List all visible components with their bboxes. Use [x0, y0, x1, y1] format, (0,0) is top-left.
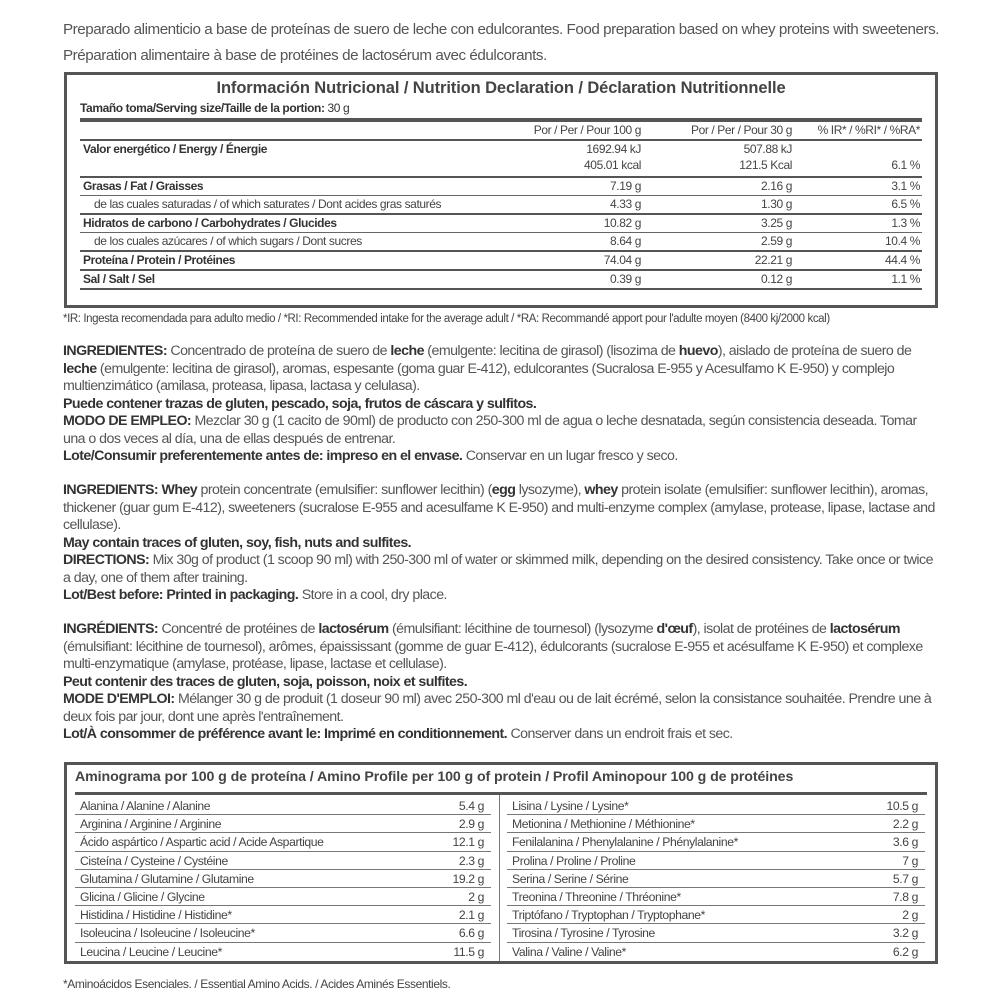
table-row: Alanina / Alanine / Alanine5.4 g: [75, 797, 491, 815]
directions-text: Mezclar 30 g (1 cacito de 90ml) de produ…: [63, 413, 917, 447]
amino-acid-value: 2.1 g: [459, 908, 484, 922]
serving-size-label: Tamaño toma/Serving size/Taille de la po…: [80, 101, 325, 115]
text: Concentrado de proteína de suero de: [167, 343, 390, 359]
amino-acid-name: Histidina / Histidine / Histidine*: [80, 908, 232, 922]
table-row: Cisteína / Cysteine / Cystéine2.3 g: [75, 852, 491, 870]
ingredients-es: INGREDIENTES: Concentrado de proteína de…: [63, 343, 939, 466]
amino-acid-name: Arginina / Arginine / Arginine: [80, 817, 221, 831]
amino-acid-value: 3.6 g: [893, 835, 918, 849]
amino-acid-name: Valina / Valine / Valine*: [512, 945, 626, 959]
amino-acid-name: Glutamina / Glutamine / Glutamine: [80, 872, 254, 886]
amino-acid-value: 3.2 g: [893, 926, 918, 940]
row-per100: 1692.94 kJ: [586, 142, 641, 156]
row-label: Hidratos de carbono / Carbohydrates / Gl…: [83, 216, 337, 230]
storage-text: Store in a cool, dry place.: [298, 587, 447, 603]
amino-acid-value: 5.7 g: [893, 872, 918, 886]
allergen: d'œuf: [657, 621, 693, 637]
divider: [75, 792, 927, 795]
row-per30: 2.16 g: [761, 179, 792, 193]
amino-acid-name: Leucina / Leucine / Leucine*: [80, 945, 222, 959]
amino-acid-value: 7 g: [902, 854, 918, 868]
allergen: leche: [390, 343, 424, 359]
allergen: huevo: [679, 343, 718, 359]
amino-acid-value: 6.2 g: [893, 945, 918, 959]
row-label: Grasas / Fat / Graisses: [83, 179, 203, 193]
table-row: Histidina / Histidine / Histidine*2.1 g: [75, 906, 491, 924]
row-ri: 6.1 %: [891, 158, 920, 172]
amino-acid-value: 2 g: [902, 908, 918, 922]
serving-size: Tamaño toma/Serving size/Taille de la po…: [80, 101, 349, 115]
row-per100: 7.19 g: [610, 179, 641, 193]
divider: [80, 250, 922, 252]
row-per100: 74.04 g: [604, 253, 641, 267]
row-ri: 10.4 %: [885, 234, 920, 248]
amino-acid-name: Isoleucina / Isoleucine / Isoleucine*: [80, 926, 255, 940]
lot-label: Lote/Consumir preferentemente antes de: …: [63, 448, 462, 464]
row-per30: 1.30 g: [761, 197, 792, 211]
amino-acid-value: 2.2 g: [893, 817, 918, 831]
row-label: de los cuales azúcares / of which sugars…: [94, 234, 362, 248]
table-row: Valina / Valine / Valine*6.2 g: [507, 943, 925, 961]
ingredients-fr: INGRÉDIENTS: Concentré de protéines de l…: [63, 621, 939, 744]
ingredients-label: INGREDIENTS:: [63, 482, 158, 498]
column-divider: [499, 795, 500, 961]
amino-acid-name: Prolina / Proline / Proline: [512, 854, 635, 868]
amino-acid-value: 6.6 g: [459, 926, 484, 940]
ri-footnote: *IR: Ingesta recomendada para adulto med…: [63, 313, 830, 325]
header-ri: % IR* / %RI* / %RA*: [818, 123, 920, 137]
text: (émulsifiant: lécithine de tournesol) (l…: [389, 621, 657, 637]
allergen: egg: [492, 482, 516, 498]
ingredients-label: INGREDIENTES:: [63, 343, 167, 359]
header-per-30g: Por / Per / Pour 30 g: [691, 123, 792, 137]
amino-acid-value: 10.5 g: [887, 799, 919, 813]
row-per100: 0.39 g: [610, 272, 641, 286]
allergen: lactosérum: [318, 621, 388, 637]
row-per100: 10.82 g: [604, 216, 641, 230]
row-per30: 507.88 kJ: [744, 142, 792, 156]
table-row: Prolina / Proline / Proline7 g: [507, 852, 925, 870]
product-description: Preparado alimenticio a base de proteína…: [63, 17, 943, 69]
table-row: Tirosina / Tyrosine / Tyrosine3.2 g: [507, 924, 925, 942]
divider: [80, 232, 922, 233]
traces-warning: Puede contener trazas de gluten, pescado…: [63, 396, 536, 412]
amino-acid-name: Treonina / Threonine / Thréonine*: [512, 890, 681, 904]
directions-label: MODO DE EMPLEO:: [63, 413, 191, 429]
directions-text: Mélanger 30 g de produit (1 doseur 90 ml…: [63, 691, 931, 725]
amino-acid-name: Cisteína / Cysteine / Cystéine: [80, 854, 228, 868]
table-row: Serina / Serine / Sérine5.7 g: [507, 870, 925, 888]
amino-acid-value: 7.8 g: [893, 890, 918, 904]
table-row: Treonina / Threonine / Thréonine*7.8 g: [507, 888, 925, 906]
table-row: Glutamina / Glutamine / Glutamine19.2 g: [75, 870, 491, 888]
amino-acid-name: Serina / Serine / Sérine: [512, 872, 628, 886]
amino-acid-value: 12.1 g: [453, 835, 485, 849]
amino-column-left: Alanina / Alanine / Alanine5.4 gArginina…: [75, 797, 491, 961]
row-per30: 0.12 g: [761, 272, 792, 286]
ingredients-label: INGRÉDIENTS:: [63, 621, 158, 637]
row-label: Sal / Salt / Sel: [83, 272, 155, 286]
allergen: leche: [63, 361, 97, 377]
row-per30: 2.59 g: [761, 234, 792, 248]
row-ri: 1.3 %: [891, 216, 920, 230]
row-per100: 8.64 g: [610, 234, 641, 248]
text: (emulgente: lecitina de girasol), aromas…: [63, 361, 894, 395]
essential-amino-footnote: *Aminoácidos Esenciales. / Essential Ami…: [63, 977, 450, 991]
nutrition-table-title: Información Nutricional / Nutrition Decl…: [67, 79, 935, 98]
amino-acid-name: Lisina / Lysine / Lysine*: [512, 799, 628, 813]
serving-size-value: 30 g: [327, 101, 349, 115]
amino-profile-table: Aminograma por 100 g de proteína / Amino…: [64, 762, 938, 964]
divider: [80, 213, 922, 215]
row-ri: 1.1 %: [891, 272, 920, 286]
divider: [80, 288, 922, 290]
table-row: Arginina / Arginine / Arginine2.9 g: [75, 815, 491, 833]
amino-acid-name: Metionina / Methionine / Méthionine*: [512, 817, 695, 831]
text: Concentré de protéines de: [158, 621, 318, 637]
amino-acid-name: Ácido aspártico / Aspartic acid / Acide …: [80, 835, 324, 849]
amino-acid-value: 2.3 g: [459, 854, 484, 868]
amino-acid-name: Alanina / Alanine / Alanine: [80, 799, 210, 813]
amino-acid-value: 2.9 g: [459, 817, 484, 831]
row-ri: 3.1 %: [891, 179, 920, 193]
amino-acid-value: 11.5 g: [453, 945, 484, 959]
row-label: Proteína / Protein / Protéines: [83, 253, 235, 267]
row-label: de las cuales saturadas / of which satur…: [94, 197, 441, 211]
lot-label: Lot/Best before: Printed in packaging.: [63, 587, 298, 603]
table-row: Glicina / Glicine / Glycine2 g: [75, 888, 491, 906]
row-per30: 3.25 g: [761, 216, 792, 230]
traces-warning: May contain traces of gluten, soy, fish,…: [63, 535, 411, 551]
table-row: Ácido aspártico / Aspartic acid / Acide …: [75, 833, 491, 851]
table-row: Fenilalanina / Phenylalanine / Phénylala…: [507, 833, 925, 851]
allergen: lactosérum: [830, 621, 900, 637]
divider: [80, 195, 922, 196]
storage-text: Conserver dans un endroit frais et sec.: [507, 726, 733, 742]
ingredients-en: INGREDIENTS: Whey protein concentrate (e…: [63, 482, 939, 605]
amino-acid-value: 2 g: [468, 890, 484, 904]
table-row: Triptófano / Tryptophan / Tryptophane*2 …: [507, 906, 925, 924]
text: lysozyme),: [515, 482, 584, 498]
amino-acid-name: Fenilalanina / Phenylalanine / Phénylala…: [512, 835, 738, 849]
divider: [80, 176, 922, 178]
amino-acid-value: 19.2 g: [453, 872, 485, 886]
amino-table-title: Aminograma por 100 g de proteína / Amino…: [75, 769, 793, 785]
traces-warning: Peut contenir des traces de gluten, soja…: [63, 674, 467, 690]
divider: [80, 118, 922, 122]
table-row: Isoleucina / Isoleucine / Isoleucine*6.6…: [75, 924, 491, 942]
amino-acid-value: 5.4 g: [459, 799, 484, 813]
text: (emulgente: lecitina de girasol) (lisozi…: [424, 343, 679, 359]
allergen: Whey: [162, 482, 198, 498]
text: (émulsifiant: lécithine de tournesol), a…: [63, 639, 923, 673]
row-label: Valor energético / Energy / Énergie: [83, 142, 267, 156]
row-ri: 44.4 %: [885, 253, 920, 267]
directions-text: Mix 30g of product (1 scoop 90 ml) with …: [63, 552, 933, 586]
nutrition-table: Información Nutricional / Nutrition Decl…: [64, 72, 938, 308]
divider: [80, 269, 922, 271]
text: ), aislado de proteína de suero de: [718, 343, 911, 359]
row-per30: 22.21 g: [755, 253, 792, 267]
table-row: Lisina / Lysine / Lysine*10.5 g: [507, 797, 925, 815]
amino-column-right: Lisina / Lysine / Lysine*10.5 gMetionina…: [507, 797, 925, 961]
table-row: Metionina / Methionine / Méthionine*2.2 …: [507, 815, 925, 833]
directions-label: MODE D'EMPLOI:: [63, 691, 175, 707]
divider: [80, 139, 922, 141]
row-ri: 6.5 %: [891, 197, 920, 211]
lot-label: Lot/À consommer de préférence avant le: …: [63, 726, 507, 742]
row-per100-kcal: 405.01 kcal: [584, 158, 641, 172]
row-per100: 4.33 g: [610, 197, 641, 211]
allergen: whey: [584, 482, 617, 498]
row-per30-kcal: 121.5 Kcal: [739, 158, 792, 172]
directions-label: DIRECTIONS:: [63, 552, 149, 568]
text: ), isolat de protéines de: [693, 621, 830, 637]
amino-acid-name: Triptófano / Tryptophan / Tryptophane*: [512, 908, 705, 922]
storage-text: Conservar en un lugar fresco y seco.: [462, 448, 677, 464]
table-row: Leucina / Leucine / Leucine*11.5 g: [75, 943, 491, 961]
amino-acid-name: Tirosina / Tyrosine / Tyrosine: [512, 926, 655, 940]
text: protein concentrate (emulsifier: sunflow…: [197, 482, 492, 498]
header-per-100g: Por / Per / Pour 100 g: [534, 123, 641, 137]
amino-acid-name: Glicina / Glicine / Glycine: [80, 890, 205, 904]
